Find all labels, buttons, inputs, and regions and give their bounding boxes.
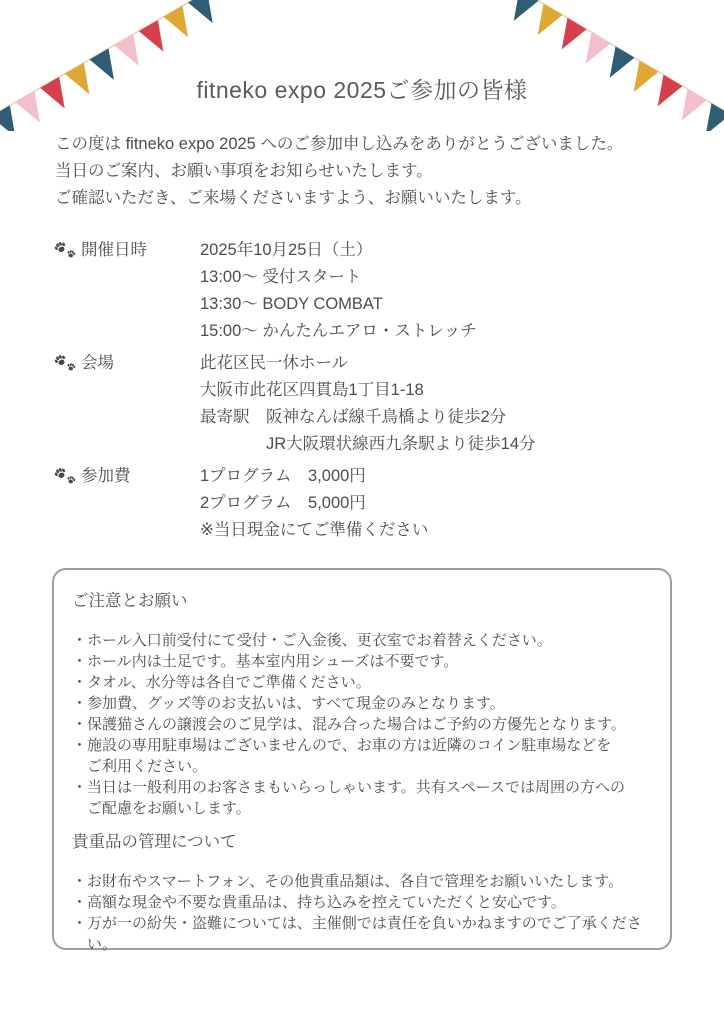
- info-section-fee: 参加費 1プログラム 3,000円2プログラム 5,000円※当日現金にてご準備…: [55, 463, 704, 544]
- bunting-flag-teal: [706, 103, 724, 131]
- paw-prints-icon: [53, 352, 78, 374]
- notice-item: ・当日は一般利用のお客さまもいらっしゃいます。共有スペースでは周囲の方への ご配…: [72, 777, 652, 819]
- section-label-text: 会場: [81, 350, 114, 377]
- section-line: 最寄駅 阪神なんば線千鳥橋より徒歩2分: [200, 404, 704, 431]
- section-label: 開催日時: [55, 237, 200, 264]
- notice-heading: 貴重品の管理について: [72, 831, 652, 853]
- intro-line: 当日のご案内、お願い事項をお知らせいたします。: [55, 158, 704, 185]
- section-line: 15:00〜 かんたんエアロ・ストレッチ: [200, 318, 704, 345]
- notice-item: ・施設の専用駐車場はございませんので、お車の方は近隣のコイン駐車場などを ご利用…: [72, 735, 652, 777]
- section-label-text: 参加費: [81, 463, 131, 490]
- info-section-venue: 会場 此花区民一休ホール大阪市此花区四貫島1丁目1-18最寄駅 阪神なんば線千鳥…: [55, 350, 704, 458]
- section-line: ※当日現金にてご準備ください: [200, 517, 704, 544]
- bunting-flag-gold: [538, 4, 563, 35]
- intro-line: ご確認いただき、ご来場くださいますよう、お願いいたします。: [55, 185, 704, 212]
- notice-item: ・ホール内は土足です。基本室内用シューズは不要です。: [72, 651, 652, 672]
- notice-item-list: ・お財布やスマートフォン、その他貴重品類は、各自で管理をお願いいたします。・高額…: [72, 871, 652, 955]
- info-section-schedule: 開催日時 2025年10月25日（土）13:00〜 受付スタート13:30〜 B…: [55, 237, 704, 345]
- section-line: 此花区民一休ホール: [200, 350, 704, 377]
- notice-heading: ご注意とお願い: [72, 590, 652, 612]
- paw-prints-icon: [53, 239, 78, 261]
- bunting-flag-gold: [164, 6, 189, 38]
- notice-item: ・お財布やスマートフォン、その他貴重品類は、各自で管理をお願いいたします。: [72, 871, 652, 892]
- bunting-flag-pink: [114, 34, 139, 66]
- notice-item: ・参加費、グッズ等のお支払いは、すべて現金のみとなります。: [72, 693, 652, 714]
- notice-item: ・高額な現金や不要な貴重品は、持ち込みを控えていただくと安心です。: [72, 892, 652, 913]
- notice-item: ・タオル、水分等は各自でご準備ください。: [72, 672, 652, 693]
- notice-group-notes: ご注意とお願い ・ホール入口前受付にて受付・ご入金後、更衣室でお着替えください。…: [72, 590, 652, 819]
- section-lines: 此花区民一休ホール大阪市此花区四貫島1丁目1-18最寄駅 阪神なんば線千鳥橋より…: [200, 350, 704, 458]
- bunting-flag-teal: [0, 105, 15, 131]
- page-title: fitneko expo 2025ご参加の皆様: [0, 72, 724, 105]
- notice-item: ・保護猫さんの譲渡会のご見学は、混み合った場合はご予約の方優先となります。: [72, 714, 652, 735]
- bunting-flag-teal: [514, 0, 539, 21]
- notice-group-valuables: 貴重品の管理について ・お財布やスマートフォン、その他貴重品類は、各自で管理をお…: [72, 831, 652, 955]
- bunting-flag-red: [562, 18, 587, 50]
- bunting-flag-pink: [586, 32, 611, 63]
- bunting-flag-teal: [188, 0, 213, 23]
- paw-prints-icon: [53, 465, 78, 487]
- section-label: 参加費: [55, 463, 200, 490]
- section-line: JR大阪環状線西九条駅より徒歩14分: [200, 431, 704, 458]
- notice-item-list: ・ホール入口前受付にて受付・ご入金後、更衣室でお着替えください。・ホール内は土足…: [72, 630, 652, 819]
- section-label-text: 開催日時: [81, 237, 147, 264]
- intro-paragraph: この度は fitneko expo 2025 へのご参加申し込みをありがとうござ…: [55, 131, 704, 212]
- section-line: 13:30〜 BODY COMBAT: [200, 291, 704, 318]
- bunting-flags-left-icon: [0, 0, 218, 131]
- section-line: 2025年10月25日（土）: [200, 237, 704, 264]
- info-sections: 開催日時 2025年10月25日（土）13:00〜 受付スタート13:30〜 B…: [55, 237, 704, 549]
- intro-line: この度は fitneko expo 2025 へのご参加申し込みをありがとうござ…: [55, 131, 704, 158]
- section-line: 大阪市此花区四貫島1丁目1-18: [200, 377, 704, 404]
- section-line: 1プログラム 3,000円: [200, 463, 704, 490]
- notice-item: ・万が一の紛失・盗難については、主催側では責任を負いかねますのでご了承ください。: [72, 913, 652, 955]
- bunting-flags-right-icon: [505, 0, 724, 131]
- section-label: 会場: [55, 350, 200, 377]
- document-page: fitneko expo 2025ご参加の皆様 この度は fitneko exp…: [0, 0, 724, 1024]
- notice-box: ご注意とお願い ・ホール入口前受付にて受付・ご入金後、更衣室でお着替えください。…: [52, 568, 672, 950]
- notice-item: ・ホール入口前受付にて受付・ご入金後、更衣室でお着替えください。: [72, 630, 652, 651]
- section-line: 2プログラム 5,000円: [200, 490, 704, 517]
- section-lines: 2025年10月25日（土）13:00〜 受付スタート13:30〜 BODY C…: [200, 237, 704, 345]
- section-line: 13:00〜 受付スタート: [200, 264, 704, 291]
- bunting-flag-red: [139, 20, 164, 51]
- section-lines: 1プログラム 3,000円2プログラム 5,000円※当日現金にてご準備ください: [200, 463, 704, 544]
